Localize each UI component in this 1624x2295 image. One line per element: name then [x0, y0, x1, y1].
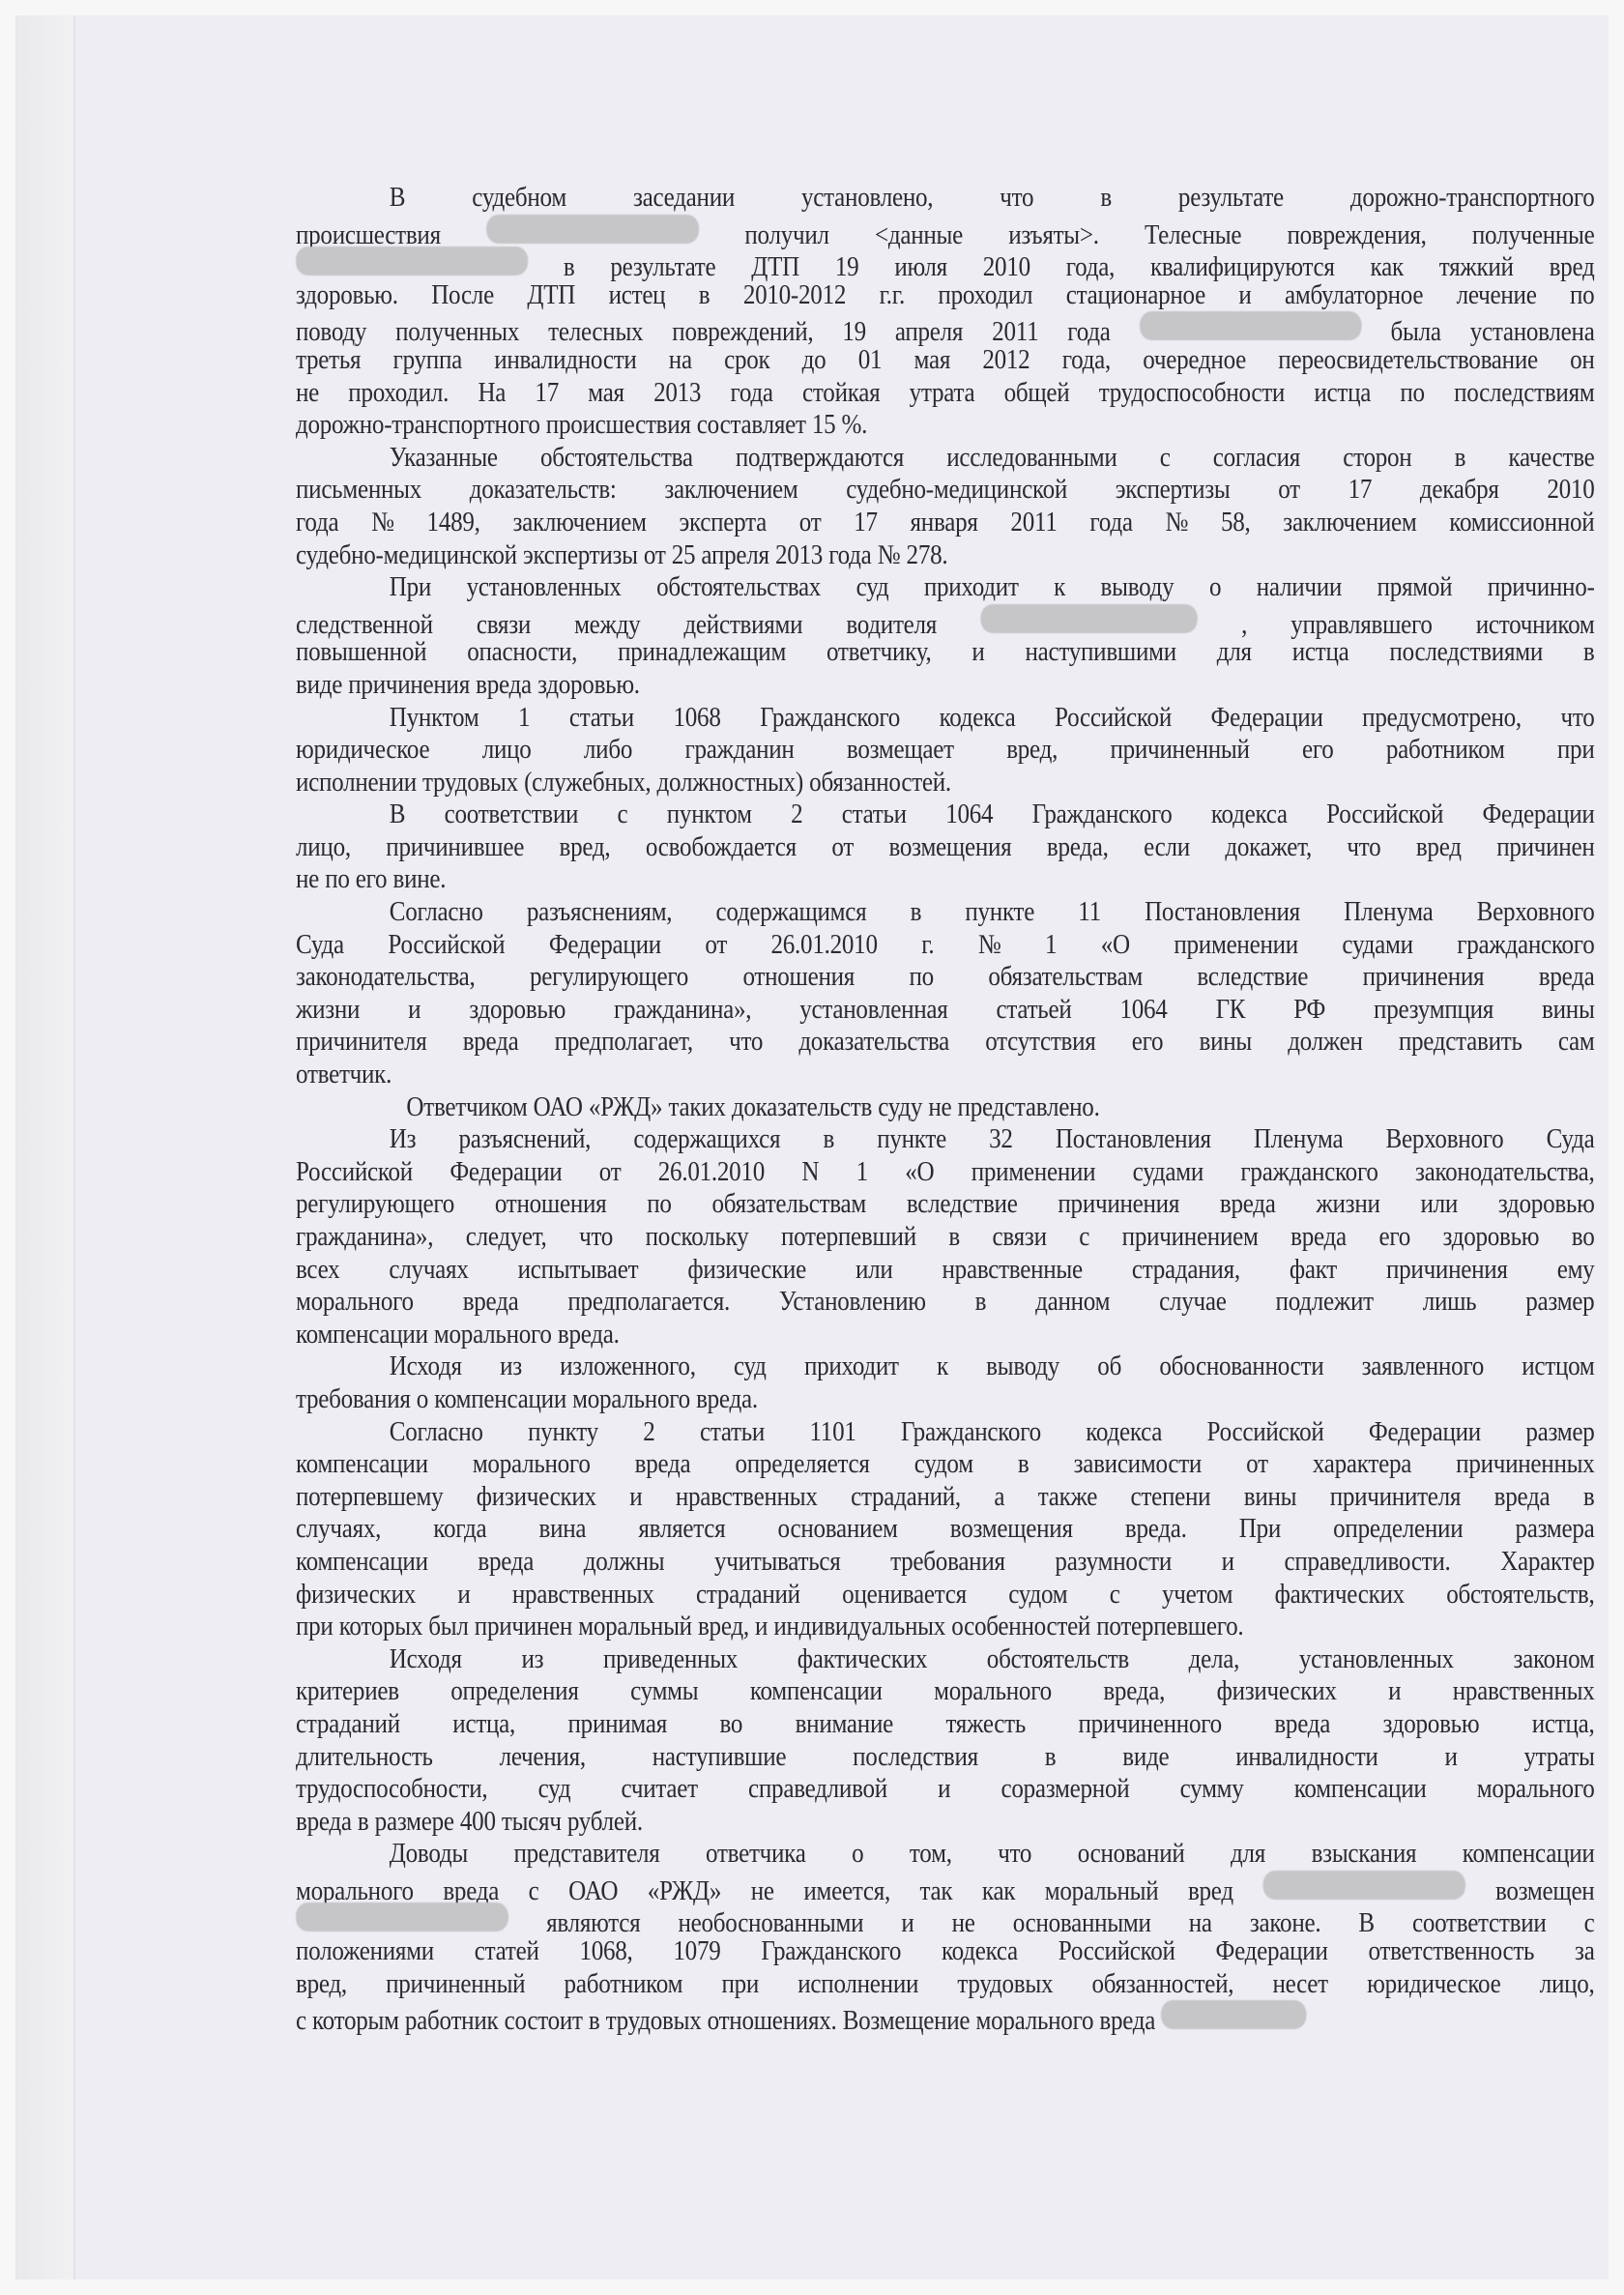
word: причиненный — [386, 1968, 525, 2001]
word: причиненный — [1110, 734, 1249, 767]
word: судами — [1133, 1156, 1203, 1189]
text-line: являютсянеобоснованнымиинеоснованныминаз… — [296, 1903, 1595, 1935]
word: страданий — [296, 1708, 400, 1741]
word: страдания, — [1132, 1254, 1240, 1287]
word: Ответчиком — [406, 1091, 527, 1124]
word: 2011 — [1010, 507, 1057, 539]
word: сумму — [1180, 1773, 1244, 1806]
word: страданий, — [851, 1481, 961, 1514]
text-line: СудаРоссийскойФедерацииот26.01.2010г.№1«… — [296, 929, 1595, 962]
text-line: гражданина»,следует,чтопосколькупотерпев… — [296, 1221, 1595, 1254]
word: потерпевший — [781, 1221, 916, 1254]
word: его — [1302, 734, 1334, 767]
word: причинения — [1386, 1254, 1508, 1287]
text-line: причинителявредапредполагает,чтодоказате… — [296, 1026, 1595, 1059]
word: доказательства — [798, 1026, 949, 1059]
word: прямой — [1377, 571, 1453, 604]
word: и — [971, 636, 984, 669]
word: причиненного — [1079, 1708, 1222, 1741]
word: его — [356, 863, 388, 896]
word: морального — [473, 1448, 591, 1481]
word: с — [1079, 1221, 1089, 1254]
word: Согласно — [390, 896, 483, 929]
word: что — [998, 1838, 1031, 1871]
word: Федерации — [449, 1156, 562, 1189]
text-line: следственнойсвязимеждудействиямиводителя… — [296, 604, 1595, 637]
word: истца, — [452, 1708, 515, 1741]
word: причиненных — [1456, 1448, 1594, 1481]
word: апреля — [701, 539, 768, 572]
text-line: дорожно-транспортногопроисшествиясоставл… — [296, 409, 1595, 442]
word: № — [878, 539, 901, 572]
word: истец — [609, 279, 666, 312]
text-line: ОтветчикомОАО«РЖД»такихдоказательствсуду… — [296, 1091, 1595, 1124]
word: требования — [890, 1546, 1005, 1579]
word: его — [1132, 1026, 1164, 1059]
word: либо — [584, 734, 632, 767]
word: ГК — [1216, 994, 1246, 1027]
word: особенностей — [951, 1611, 1090, 1643]
word: работником — [1386, 734, 1505, 767]
word: применении — [971, 1156, 1096, 1189]
word: приходит — [804, 1351, 899, 1383]
word: происшествия — [546, 409, 691, 442]
word: пункте — [965, 896, 1034, 929]
word: по — [1400, 377, 1424, 410]
word: об — [1097, 1351, 1121, 1383]
word: исполнении — [296, 767, 417, 799]
word: на — [669, 344, 692, 377]
word: оснований — [1078, 1838, 1185, 1871]
word: и — [408, 994, 420, 1027]
text-line: жизнииздоровьюгражданина»,установленнаяс… — [296, 994, 1595, 1027]
word: вреда — [1494, 1481, 1551, 1514]
word: общей — [1004, 377, 1070, 410]
text-line: вредавразмере400тысячрублей. — [296, 1806, 1595, 1839]
word: доказательств: — [470, 474, 617, 507]
word: 26.01.2010 — [658, 1156, 765, 1189]
word: когда — [433, 1513, 486, 1546]
scanned-page: Всудебномзаседанииустановлено,чтоврезуль… — [15, 15, 1609, 2280]
word: Российской — [1055, 702, 1172, 735]
text-line: физическихинравственныхстраданийоценивае… — [296, 1579, 1595, 1612]
paragraph-p11: Исходяизприведенныхфактическихобстоятель… — [296, 1643, 1595, 1839]
text-line: длительностьлечения,наступившиепоследств… — [296, 1741, 1595, 1774]
word: Указанные — [390, 442, 498, 475]
word: Суда — [1547, 1123, 1595, 1156]
text-line: Согласнопункту2статьи1101Гражданскогокод… — [296, 1416, 1595, 1449]
word: справедливой — [748, 1773, 887, 1806]
word: очередное — [1143, 344, 1246, 377]
word: 1 — [856, 1156, 868, 1189]
word: гражданского — [1240, 1156, 1377, 1189]
word: вреда. — [696, 1383, 758, 1416]
word: вреда — [463, 1026, 519, 1059]
word: Доводы — [390, 1838, 468, 1871]
word: размере — [375, 1806, 454, 1839]
word: экспертизы — [1116, 474, 1231, 507]
word: нравственные — [942, 1254, 1083, 1287]
word: виде — [296, 669, 342, 702]
text-line: потерпевшемуфизическихинравственныхстрад… — [296, 1481, 1595, 1514]
word: критериев — [296, 1675, 399, 1708]
word: 2013 — [775, 539, 823, 572]
redaction-mark — [1140, 311, 1362, 340]
word: возмещения — [888, 831, 1011, 864]
word: суд — [734, 1351, 767, 1383]
word: 2 — [791, 799, 802, 831]
word: На — [478, 377, 506, 410]
word: В — [390, 182, 405, 215]
word: 278. — [907, 539, 948, 572]
word: в — [975, 1286, 987, 1319]
word: в — [1045, 1741, 1057, 1774]
word: компенсации — [296, 1448, 428, 1481]
word: причинения — [1058, 1188, 1179, 1221]
word: моральный — [578, 1611, 692, 1643]
word: вины — [1244, 1481, 1296, 1514]
word: размер — [1525, 1286, 1594, 1319]
paragraph-p7: ОтветчикомОАО«РЖД»такихдоказательствсуду… — [296, 1091, 1595, 1124]
word: отношениях. — [708, 2005, 837, 2038]
word: по — [325, 863, 349, 896]
word: нравственных — [1453, 1675, 1595, 1708]
word: результате — [1178, 182, 1284, 215]
word: истца, — [1532, 1708, 1595, 1741]
word: 2 — [643, 1416, 654, 1449]
word: работником — [565, 1968, 683, 2001]
word: № — [978, 929, 1001, 962]
word: определяется — [735, 1448, 869, 1481]
word: содержащихся — [633, 1123, 780, 1156]
word: является — [638, 1513, 725, 1546]
word: должны — [584, 1546, 665, 1579]
word: не — [928, 1091, 951, 1124]
word: Российской — [296, 1156, 413, 1189]
word: также — [1038, 1481, 1097, 1514]
word: проходил. — [348, 377, 449, 410]
word: морального — [572, 1383, 690, 1416]
word: в — [589, 2005, 600, 2038]
word: работник — [405, 2005, 499, 2038]
word: в — [1583, 636, 1595, 669]
word: обстоятельств, — [1446, 1579, 1594, 1612]
word: с — [1110, 1579, 1120, 1612]
word: причинения — [1363, 961, 1485, 994]
paragraph-p1: Всудебномзаседанииустановлено,чтоврезуль… — [296, 182, 1595, 442]
word: последствиями — [1389, 636, 1543, 669]
word: заключением — [512, 507, 646, 539]
word: соответствии — [445, 799, 579, 831]
word: После — [431, 279, 494, 312]
word: с — [1160, 442, 1171, 475]
word: Федерации — [1211, 702, 1323, 735]
word: поскольку — [646, 1221, 749, 1254]
word: лишь — [1423, 1286, 1477, 1319]
text-line: юридическоелицолибогражданинвозмещаетвре… — [296, 734, 1595, 767]
word: он — [1570, 344, 1594, 377]
word: в — [1455, 442, 1466, 475]
word: исследованными — [946, 442, 1116, 475]
word: кодекса — [1211, 799, 1288, 831]
word: Гражданского — [761, 1935, 901, 1968]
word: виде — [1122, 1741, 1169, 1774]
word: в — [1100, 182, 1112, 215]
word: компенсации — [1463, 1838, 1595, 1871]
word: 1068, — [579, 1935, 632, 1968]
word: морального — [975, 2005, 1093, 2038]
word: вследствие — [1197, 961, 1308, 994]
word: ответчика — [706, 1838, 806, 1871]
word: исполнении — [797, 1968, 918, 2001]
word: в — [911, 896, 922, 929]
word: данном — [1035, 1286, 1110, 1319]
word: к — [1054, 571, 1065, 604]
word: Исходя — [390, 1351, 462, 1383]
word: юридическое — [296, 734, 429, 767]
word: статьи — [700, 1416, 765, 1449]
word: стойкая — [802, 377, 880, 410]
word: представителя — [513, 1838, 659, 1871]
text-line: случаях,когдавинаявляетсяоснованиемвозме… — [296, 1513, 1595, 1546]
word: в — [948, 1221, 960, 1254]
word: в — [1018, 1448, 1029, 1481]
word: здоровью — [469, 994, 565, 1027]
text-line: года№1489,заключениемэкспертаот17января2… — [296, 507, 1595, 539]
word: компенсации — [750, 1675, 883, 1708]
word: утраты — [1523, 1741, 1594, 1774]
word: 32 — [989, 1123, 1013, 1156]
word: № — [1165, 507, 1188, 539]
word: здоровью. — [537, 669, 640, 702]
word: длительность — [296, 1741, 433, 1774]
word: суд — [538, 1773, 571, 1806]
word: Пунктом — [390, 702, 479, 735]
text-line: исполнениитрудовых(служебных,должностных… — [296, 767, 1595, 799]
word: нравственных — [512, 1579, 654, 1612]
word: физические — [687, 1254, 806, 1287]
word: вреда — [476, 669, 532, 702]
word: факт — [1290, 1254, 1337, 1287]
word: приходит — [924, 571, 1019, 604]
word: разумности — [1055, 1546, 1172, 1579]
word: 25 — [672, 539, 696, 572]
word: выводу — [986, 1351, 1059, 1383]
word: гражданин — [684, 734, 794, 767]
word: группа — [393, 344, 462, 377]
word: суммы — [630, 1675, 698, 1708]
word: обязанностей. — [809, 767, 951, 799]
word: Верховного — [1386, 1123, 1504, 1156]
text-line: Указанныеобстоятельстваподтверждаютсяисс… — [296, 442, 1595, 475]
word: 58, — [1221, 507, 1251, 539]
word: дорожно-транспортного — [296, 409, 540, 442]
text-line: всехслучаяхиспытываетфизическиеилинравст… — [296, 1254, 1595, 1287]
word: и — [1388, 1675, 1401, 1708]
word: переосвидетельствование — [1278, 344, 1538, 377]
word: сам — [1558, 1026, 1595, 1059]
word: Суда — [296, 929, 344, 962]
word: потерпевшего. — [1096, 1611, 1243, 1643]
word: вины — [1200, 1026, 1252, 1059]
word: положениями — [296, 1935, 434, 1968]
word: от — [705, 929, 727, 962]
text-line: Всоответствииспунктом2статьи1064Гражданс… — [296, 799, 1595, 831]
text-line: непроходил.На17мая2013годастойкаяутратао… — [296, 377, 1595, 410]
word: заключением — [1283, 507, 1416, 539]
word: РФ — [1293, 994, 1325, 1027]
word: 1101 — [809, 1416, 855, 1449]
word: %. — [842, 409, 868, 442]
word: года, — [1062, 344, 1111, 377]
word: вред, — [1006, 734, 1058, 767]
word: что — [1560, 702, 1594, 735]
word: за — [1575, 1935, 1595, 1968]
word: комиссионной — [1449, 507, 1594, 539]
word: истца — [1314, 377, 1371, 410]
word: Верховного — [1477, 896, 1595, 929]
word: презумпция — [1374, 994, 1493, 1027]
word: 1068 — [674, 702, 721, 735]
word: гражданина», — [296, 1221, 433, 1254]
word: вреда, — [1047, 831, 1109, 864]
word: гражданского — [1457, 929, 1594, 962]
word: вреда — [1220, 1188, 1276, 1221]
word: причинно- — [1488, 571, 1595, 604]
word: Согласно — [390, 1416, 483, 1449]
word: обязательствам — [988, 961, 1143, 994]
word: трудоспособности — [1099, 377, 1285, 410]
word: представлено. — [958, 1091, 1100, 1124]
text-line: скоторымработниксостоитвтрудовыхотношени… — [296, 2000, 1595, 2033]
word: 1489, — [427, 507, 480, 539]
word: здоровью — [1383, 1708, 1480, 1741]
word: причинением — [1122, 1221, 1259, 1254]
word: рублей. — [567, 1806, 643, 1839]
word: подлежит — [1276, 1286, 1374, 1319]
text-line: ответчик. — [296, 1059, 1595, 1091]
word: регулирующего — [296, 1188, 454, 1221]
word: лицо, — [296, 831, 351, 864]
word: принадлежащим — [618, 636, 786, 669]
word: Российской — [1058, 1935, 1175, 1968]
word: обязательствам — [711, 1188, 866, 1221]
word: экспертизы — [523, 539, 638, 572]
text-line: компенсациивредадолжныучитыватьсятребова… — [296, 1546, 1595, 1579]
word: определении — [1333, 1513, 1463, 1546]
word: с — [618, 799, 628, 831]
text-line: Приустановленныхобстоятельствахсудприход… — [296, 571, 1595, 604]
word: размер — [1525, 1416, 1594, 1449]
word: фактических — [797, 1643, 927, 1676]
word: о — [417, 1383, 428, 1416]
word: компенсации — [434, 1383, 566, 1416]
word: последствиям — [1454, 377, 1594, 410]
word: опасности, — [467, 636, 577, 669]
word: 1064 — [1119, 994, 1167, 1027]
word: том, — [910, 1838, 952, 1871]
word: жизни — [296, 994, 360, 1027]
word: предусмотрено, — [1362, 702, 1522, 735]
text-line: третьягруппаинвалидностинасрокдо01мая201… — [296, 344, 1595, 377]
text-line: Всудебномзаседанииустановлено,чтоврезуль… — [296, 182, 1595, 215]
word: подтверждаются — [736, 442, 904, 475]
word: пункте — [877, 1123, 946, 1156]
word: предполагает, — [555, 1026, 693, 1059]
word: взыскания — [1312, 1838, 1417, 1871]
word: и — [755, 1611, 768, 1643]
word: и — [938, 1773, 950, 1806]
word: судебно-медицинской — [846, 474, 1067, 507]
word: суду — [878, 1091, 922, 1124]
word: причинен — [1496, 831, 1594, 864]
word: года — [828, 539, 871, 572]
word: вины — [1542, 994, 1594, 1027]
word: причинившее — [386, 831, 524, 864]
word: здоровью. — [296, 279, 398, 312]
word: проходил — [938, 279, 1032, 312]
word: содержащимся — [715, 896, 866, 929]
word: повышенной — [296, 636, 426, 669]
word: дорожно-транспортного — [1350, 182, 1595, 215]
word: возмещения — [950, 1513, 1073, 1546]
word: суд — [856, 571, 889, 604]
word: трудовых — [422, 767, 518, 799]
word: юридическое — [1367, 1968, 1500, 2001]
redaction-mark — [296, 1903, 508, 1932]
word: от — [599, 1156, 622, 1189]
paragraph-p9: Исходяизизложенного,судприходитквыводуоб… — [296, 1351, 1595, 1415]
word: 2013 — [653, 377, 701, 410]
word: года — [730, 377, 772, 410]
word: и — [1222, 1546, 1234, 1579]
word: причинения — [348, 669, 470, 702]
word: г. — [921, 929, 934, 962]
text-line: вред,причиненныйработникомприисполнениит… — [296, 1968, 1595, 2001]
word: о — [1209, 571, 1221, 604]
word: года — [1089, 507, 1132, 539]
text-line: компенсацииморальноговреда. — [296, 1319, 1595, 1351]
paragraph-p6: Согласноразъяснениям,содержащимсявпункте… — [296, 896, 1595, 1091]
text-line: компенсацииморальноговредаопределяетсясу… — [296, 1448, 1595, 1481]
word: гражданина», — [614, 994, 751, 1027]
word: таких — [668, 1091, 725, 1124]
word: докажет, — [1225, 831, 1312, 864]
page-edge-strip — [15, 15, 75, 2280]
word: утрата — [910, 377, 975, 410]
word: которых — [339, 1611, 422, 1643]
word: инвалидности — [494, 344, 636, 377]
paragraph-p3: Приустановленныхобстоятельствахсудприход… — [296, 571, 1595, 701]
word: обстоятельства — [540, 442, 693, 475]
word: пункту — [528, 1416, 598, 1449]
word: лицо, — [1540, 1968, 1595, 2001]
word: «О — [905, 1156, 934, 1189]
word: 1079 — [673, 1935, 720, 1968]
word: лицо — [482, 734, 532, 767]
word: из — [500, 1351, 522, 1383]
word: истца — [1292, 636, 1349, 669]
word: во — [719, 1708, 742, 1741]
word: Федерации — [1482, 799, 1594, 831]
word: и — [1238, 279, 1251, 312]
word: статей — [475, 1935, 539, 1968]
word: согласия — [1213, 442, 1300, 475]
word: вреда — [1290, 1221, 1347, 1254]
word: (служебных, — [524, 767, 651, 799]
word: Российской — [1326, 799, 1443, 831]
word: что — [1000, 182, 1033, 215]
